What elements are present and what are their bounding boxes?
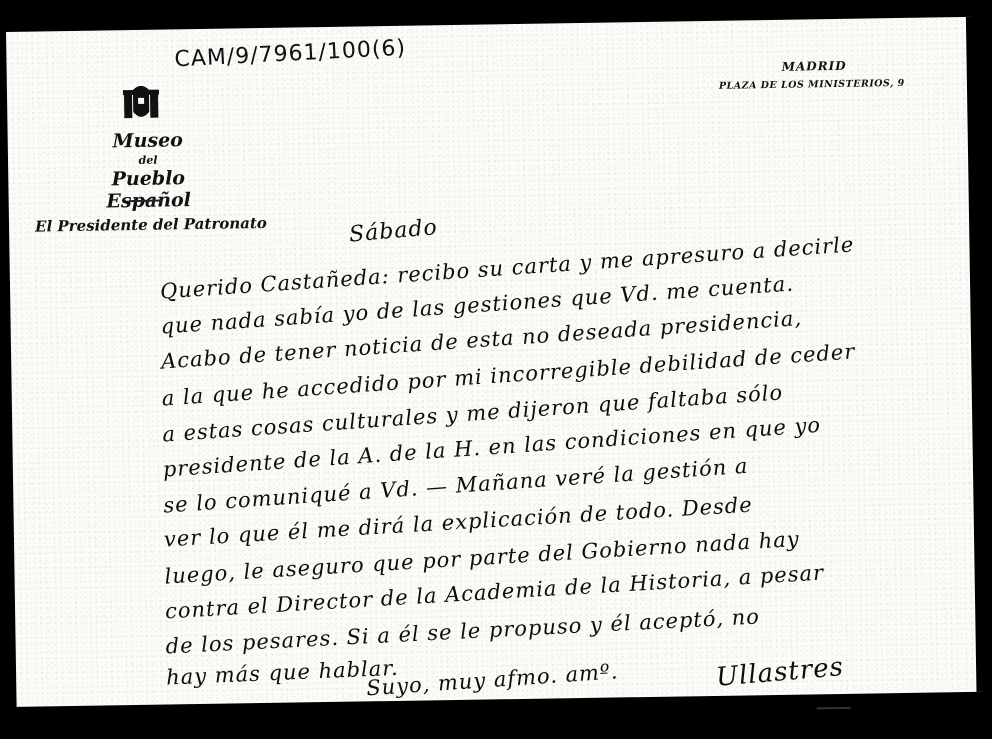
letterhead-address: PLAZA DE LOS MINISTERIOS, 9 [719,78,905,92]
signature: Ullastres [715,652,845,693]
letter-page: CAM/9/7961/100(6) Museo del Pueblo Españ… [6,17,982,707]
institution-name-pueblo: Pueblo Español [68,167,229,214]
letterhead-role: El Presidente del Patronato [35,214,267,236]
scan-border [966,17,992,692]
salutation: Sábado [348,215,439,247]
archive-reference: CAM/9/7961/100(6) [174,36,407,73]
letterhead-city: MADRID [782,59,847,74]
institution-name-del: del [123,153,173,167]
body-line: hay más que hablar. [166,656,399,690]
signature-underline [817,707,851,710]
institution-name: Museo [103,129,193,152]
coat-of-arms-icon [122,82,161,123]
closing: Suyo, muy afmo. amº. [366,659,620,700]
